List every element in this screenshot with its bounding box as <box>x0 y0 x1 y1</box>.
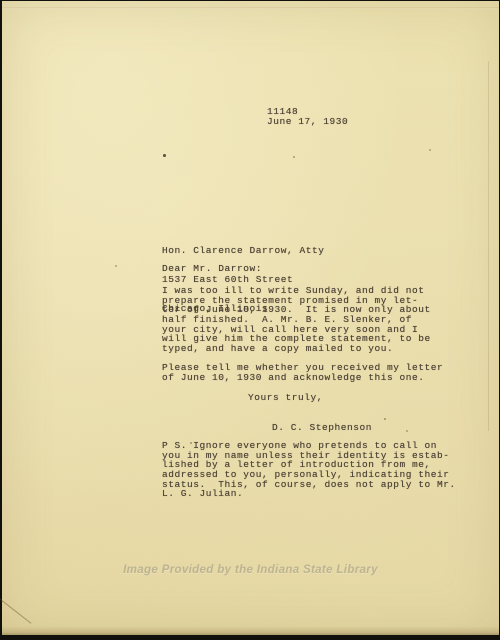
photo-background: 11148 June 17, 1930 Hon. Clarence Darrow… <box>0 0 500 640</box>
bottom-left-fold <box>0 597 31 624</box>
body-paragraph-2: Please tell me whether you received my l… <box>162 363 443 382</box>
paper-speck <box>115 265 117 267</box>
recipient-street: 1537 East 60th Street <box>162 275 325 285</box>
salutation: Dear Mr. Darrow: <box>162 264 262 274</box>
top-crease <box>2 7 499 9</box>
closing: Yours truly, <box>248 393 323 403</box>
letter-date: June 17, 1930 <box>267 117 348 127</box>
paper-speck <box>190 442 192 444</box>
postscript: P S. Ignore everyone who pretends to cal… <box>162 441 456 499</box>
library-watermark: Image Provided by the Indiana State Libr… <box>2 564 499 576</box>
recipient-name: Hon. Clarence Darrow, Atty <box>162 246 325 256</box>
paper-speck <box>163 154 166 157</box>
paper-speck <box>406 430 408 432</box>
paper-speck <box>429 149 431 151</box>
signature: D. C. Stephenson <box>272 423 372 433</box>
paper-speck <box>293 156 295 158</box>
paper-speck <box>384 418 386 420</box>
body-paragraph-1: I was too ill to write Sunday, and did n… <box>162 286 431 354</box>
letter-paper: 11148 June 17, 1930 Hon. Clarence Darrow… <box>2 1 499 635</box>
right-crease <box>488 61 489 431</box>
